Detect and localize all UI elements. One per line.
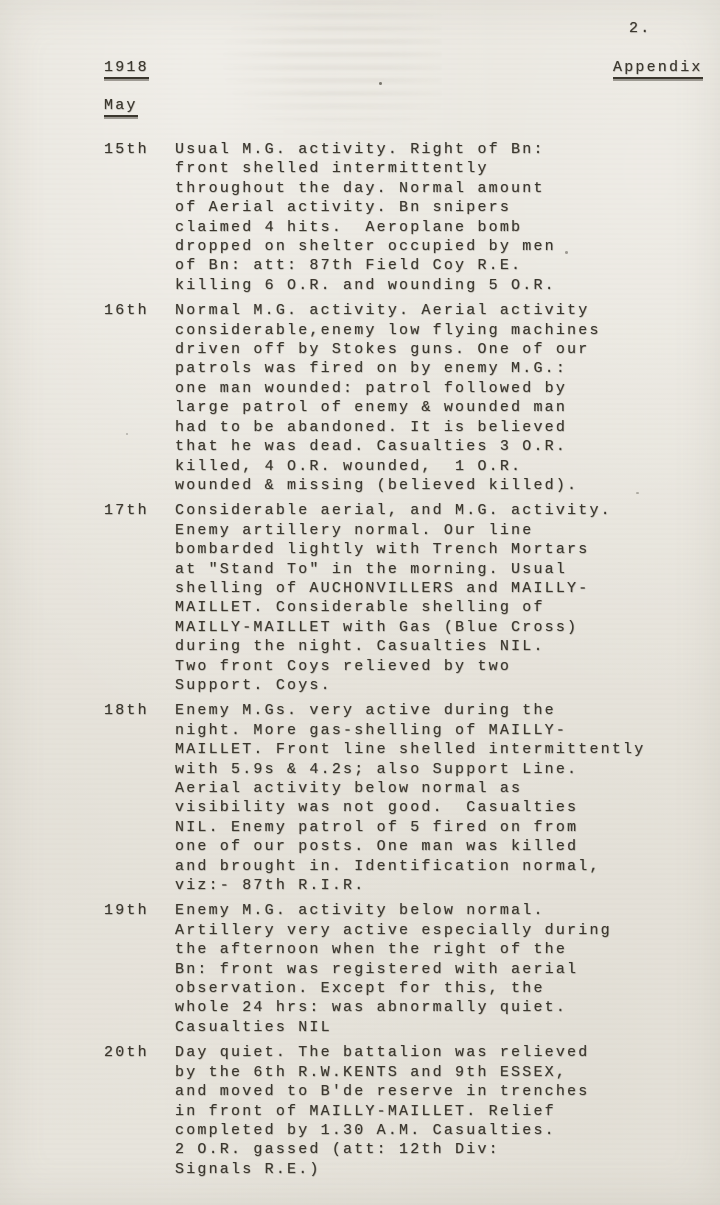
entry-line: dropped on shelter occupied by men bbox=[175, 237, 704, 256]
entry-text: Enemy M.G. activity below normal.Artille… bbox=[175, 901, 704, 1037]
entry-line: Artillery very active especially during bbox=[175, 921, 704, 940]
entry-line: Aerial activity below normal as bbox=[175, 779, 704, 798]
entry-line: NIL. Enemy patrol of 5 fired on from bbox=[175, 818, 704, 837]
entry-text: Enemy M.Gs. very active during thenight.… bbox=[175, 701, 704, 895]
entry-line: Bn: front was registered with aerial bbox=[175, 960, 704, 979]
entry-line: MAILLET. Front line shelled intermittent… bbox=[175, 740, 704, 759]
entry-line: in front of MAILLY-MAILLET. Relief bbox=[175, 1102, 704, 1121]
diary-entry: 19thEnemy M.G. activity below normal.Art… bbox=[104, 901, 704, 1037]
entry-line: visibility was not good. Casualties bbox=[175, 798, 704, 817]
entry-line: and brought in. Identification normal, bbox=[175, 857, 704, 876]
entry-date: 17th bbox=[104, 501, 175, 695]
entry-line: Enemy M.G. activity below normal. bbox=[175, 901, 704, 920]
entry-line: whole 24 hrs: was abnormally quiet. bbox=[175, 998, 704, 1017]
entry-line: at "Stand To" in the morning. Usual bbox=[175, 560, 704, 579]
entry-line: throughout the day. Normal amount bbox=[175, 179, 704, 198]
entry-line: had to be abandoned. It is believed bbox=[175, 418, 704, 437]
entry-line: front shelled intermittently bbox=[175, 159, 704, 178]
entry-line: during the night. Casualties NIL. bbox=[175, 637, 704, 656]
ink-speck bbox=[379, 82, 382, 85]
entry-line: one of our posts. One man was killed bbox=[175, 837, 704, 856]
entry-line: driven off by Stokes guns. One of our bbox=[175, 340, 704, 359]
entry-line: claimed 4 hits. Aeroplane bomb bbox=[175, 218, 704, 237]
entry-line: viz:- 87th R.I.R. bbox=[175, 876, 704, 895]
entry-line: Considerable aerial, and M.G. activity. bbox=[175, 501, 704, 520]
entry-line: the afternoon when the right of the bbox=[175, 940, 704, 959]
entry-line: Enemy M.Gs. very active during the bbox=[175, 701, 704, 720]
appendix-label: Appendix bbox=[613, 59, 703, 79]
entry-line: of Bn: att: 87th Field Coy R.E. bbox=[175, 256, 704, 275]
entry-line: of Aerial activity. Bn snipers bbox=[175, 198, 704, 217]
diary-entry: 18thEnemy M.Gs. very active during theni… bbox=[104, 701, 704, 895]
entry-line: patrols was fired on by enemy M.G.: bbox=[175, 359, 704, 378]
entry-line: Signals R.E.) bbox=[175, 1160, 704, 1179]
entry-line: MAILLY-MAILLET with Gas (Blue Cross) bbox=[175, 618, 704, 637]
entry-line: killed, 4 O.R. wounded, 1 O.R. bbox=[175, 457, 704, 476]
entry-line: Two front Coys relieved by two bbox=[175, 657, 704, 676]
entry-date: 20th bbox=[104, 1043, 175, 1179]
entry-line: large patrol of enemy & wounded man bbox=[175, 398, 704, 417]
year-heading-text: 1918 bbox=[104, 59, 149, 79]
diary-entry: 15thUsual M.G. activity. Right of Bn:fro… bbox=[104, 140, 704, 295]
entry-line: completed by 1.30 A.M. Casualties. bbox=[175, 1121, 704, 1140]
entry-line: shelling of AUCHONVILLERS and MAILLY- bbox=[175, 579, 704, 598]
diary-entry: 16thNormal M.G. activity. Aerial activit… bbox=[104, 301, 704, 495]
entry-line: killing 6 O.R. and wounding 5 O.R. bbox=[175, 276, 704, 295]
entry-line: wounded & missing (believed killed). bbox=[175, 476, 704, 495]
entry-line: night. More gas-shelling of MAILLY- bbox=[175, 721, 704, 740]
entry-line: that he was dead. Casualties 3 O.R. bbox=[175, 437, 704, 456]
entry-text: Usual M.G. activity. Right of Bn:front s… bbox=[175, 140, 704, 295]
appendix-label-text: Appendix bbox=[613, 59, 703, 79]
entry-line: Support. Coys. bbox=[175, 676, 704, 695]
entry-line: Usual M.G. activity. Right of Bn: bbox=[175, 140, 704, 159]
entry-line: bombarded lightly with Trench Mortars bbox=[175, 540, 704, 559]
entry-line: considerable,enemy low flying machines bbox=[175, 321, 704, 340]
entry-line: 2 O.R. gassed (att: 12th Div: bbox=[175, 1140, 704, 1159]
entry-text: Normal M.G. activity. Aerial activitycon… bbox=[175, 301, 704, 495]
diary-entry: 17thConsiderable aerial, and M.G. activi… bbox=[104, 501, 704, 695]
entry-text: Considerable aerial, and M.G. activity.E… bbox=[175, 501, 704, 695]
entry-line: and moved to B'de reserve in trenches bbox=[175, 1082, 704, 1101]
entry-date: 18th bbox=[104, 701, 175, 895]
entry-text: Day quiet. The battalion was relievedby … bbox=[175, 1043, 704, 1179]
month-heading: May bbox=[104, 97, 138, 117]
entry-line: MAILLET. Considerable shelling of bbox=[175, 598, 704, 617]
page-number: 2. bbox=[629, 20, 651, 37]
entry-date: 19th bbox=[104, 901, 175, 1037]
entry-date: 15th bbox=[104, 140, 175, 295]
entry-line: Day quiet. The battalion was relieved bbox=[175, 1043, 704, 1062]
entry-line: Normal M.G. activity. Aerial activity bbox=[175, 301, 704, 320]
entry-line: with 5.9s & 4.2s; also Support Line. bbox=[175, 760, 704, 779]
document-page: 2. 1918 Appendix May 15thUsual M.G. acti… bbox=[0, 0, 720, 1205]
entry-line: observation. Except for this, the bbox=[175, 979, 704, 998]
month-heading-text: May bbox=[104, 97, 138, 117]
entry-line: one man wounded: patrol followed by bbox=[175, 379, 704, 398]
entry-line: Casualties NIL bbox=[175, 1018, 704, 1037]
entry-line: Enemy artillery normal. Our line bbox=[175, 521, 704, 540]
entry-line: by the 6th R.W.KENTS and 9th ESSEX, bbox=[175, 1063, 704, 1082]
ink-bleedthrough-artifact bbox=[222, 0, 442, 142]
entry-date: 16th bbox=[104, 301, 175, 495]
diary-entries: 15thUsual M.G. activity. Right of Bn:fro… bbox=[104, 140, 704, 1185]
diary-entry: 20thDay quiet. The battalion was relieve… bbox=[104, 1043, 704, 1179]
year-heading: 1918 bbox=[104, 59, 149, 79]
